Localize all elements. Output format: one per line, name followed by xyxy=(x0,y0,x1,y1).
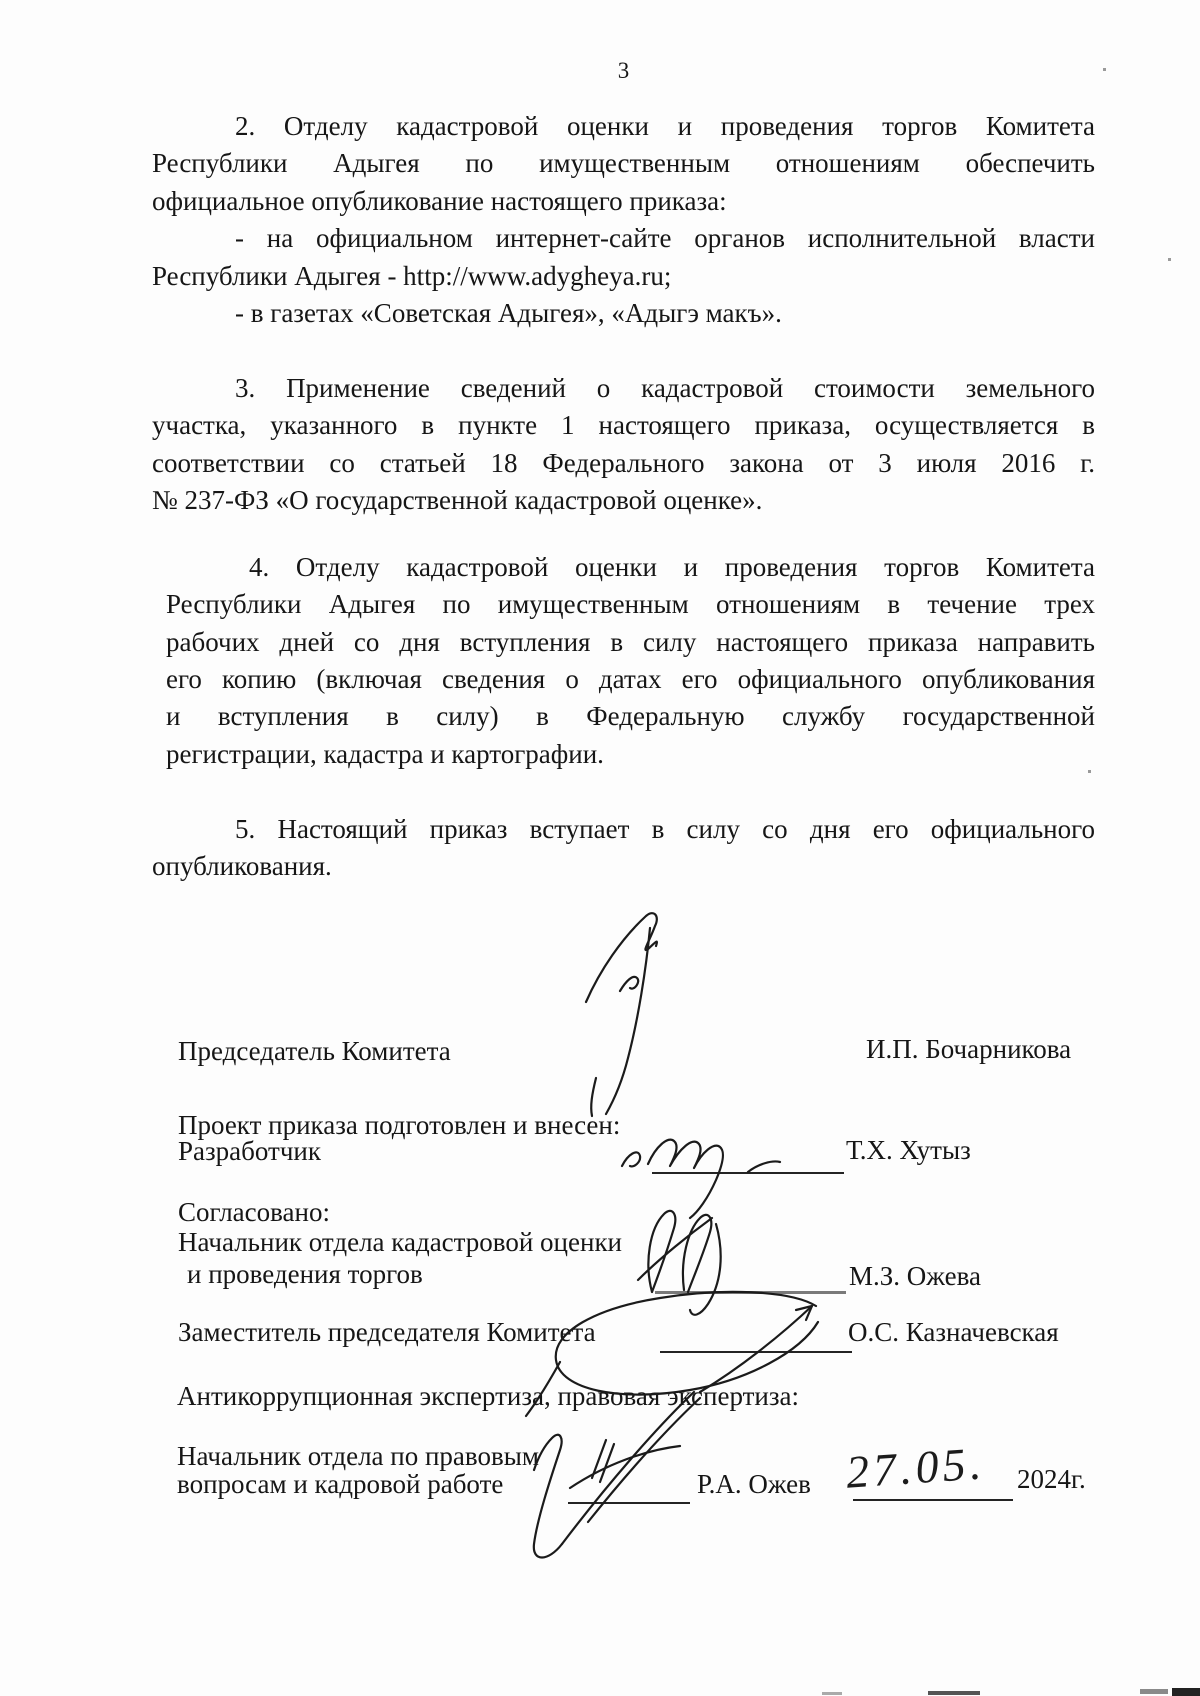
signature-khutyz xyxy=(622,1140,780,1218)
body-line: 5. Настоящий приказ вступает в силу со д… xyxy=(152,811,1095,848)
body-line: опубликования. xyxy=(152,848,1095,885)
body-line: официальное опубликование настоящего при… xyxy=(152,183,1095,220)
expertise-label: Антикоррупционная экспертиза, правовая э… xyxy=(177,1381,799,1412)
page-number: 3 xyxy=(152,58,1095,84)
dept-head-label-line2: и проведения торгов xyxy=(187,1259,423,1290)
body-line: Республики Адыгея по имущественным отнош… xyxy=(152,145,1095,182)
handwritten-date: 27.05. xyxy=(844,1436,986,1499)
deputy-chairman-name: О.С. Казначевская xyxy=(848,1317,1059,1348)
body-line: - в газетах «Советская Адыгея», «Адыгэ м… xyxy=(152,295,1095,332)
body-line: Республики Адыгея - http://www.adygheya.… xyxy=(152,258,1095,295)
signature-ozhev xyxy=(534,1392,700,1558)
body-line: рабочих дней со дня вступления в силу на… xyxy=(152,624,1095,661)
deputy-chairman-label: Заместитель председателя Комитета xyxy=(178,1317,596,1348)
signature-line-ozheva xyxy=(655,1291,846,1294)
body-line: регистрации, кадастра и картографии. xyxy=(152,736,1095,773)
legal-head-label-line2: вопросам и кадровой работе xyxy=(177,1469,503,1500)
chairman-name: И.П. Бочарникова xyxy=(866,1034,1071,1065)
scan-speck xyxy=(1088,770,1091,773)
developer-name: Т.Х. Хутыз xyxy=(846,1135,971,1166)
chairman-label: Председатель Комитета xyxy=(178,1036,451,1067)
signature-bocharnikova xyxy=(586,913,657,1116)
body-line: участка, указанного в пункте 1 настоящег… xyxy=(152,407,1095,444)
body-line: 2. Отделу кадастровой оценки и проведени… xyxy=(152,108,1095,145)
body-line: его копию (включая сведения о датах его … xyxy=(152,661,1095,698)
developer-label: Разработчик xyxy=(178,1136,321,1167)
order-body: 2. Отделу кадастровой оценки и проведени… xyxy=(152,108,1095,885)
date-year: 2024г. xyxy=(1017,1464,1086,1495)
body-line: - на официальном интернет-сайте органов … xyxy=(152,220,1095,257)
body-line: 3. Применение сведений о кадастровой сто… xyxy=(152,370,1095,407)
scan-streak xyxy=(928,1691,980,1695)
scan-streak xyxy=(1172,1688,1200,1696)
dept-head-name: М.З. Ожева xyxy=(849,1261,981,1292)
date-line xyxy=(853,1499,1013,1501)
agreed-label: Согласовано: xyxy=(178,1197,330,1228)
scan-speck xyxy=(1103,68,1106,71)
body-line: 4. Отделу кадастровой оценки и проведени… xyxy=(152,549,1095,586)
signature-line-ozhev xyxy=(568,1502,690,1504)
document-page: 3 2. Отделу кадастровой оценки и проведе… xyxy=(0,0,1200,1696)
scan-streak xyxy=(1140,1689,1168,1694)
scan-speck xyxy=(1168,258,1171,261)
body-line: соответствии со статьей 18 Федерального … xyxy=(152,445,1095,482)
body-line: № 237-ФЗ «О государственной кадастровой … xyxy=(152,482,1095,519)
legal-head-name: Р.А. Ожев xyxy=(697,1469,811,1500)
scan-streak xyxy=(822,1692,842,1695)
body-line: и вступления в силу) в Федеральную служб… xyxy=(152,698,1095,735)
legal-head-label-line1: Начальник отдела по правовым xyxy=(177,1441,539,1472)
signature-line-khutyz xyxy=(652,1172,844,1174)
signature-line-kaznachevskaya xyxy=(660,1351,852,1353)
dept-head-label-line1: Начальник отдела кадастровой оценки xyxy=(178,1227,622,1258)
body-line xyxy=(152,332,1095,369)
body-line: Республики Адыгея по имущественным отнош… xyxy=(152,586,1095,623)
body-line xyxy=(152,773,1095,810)
